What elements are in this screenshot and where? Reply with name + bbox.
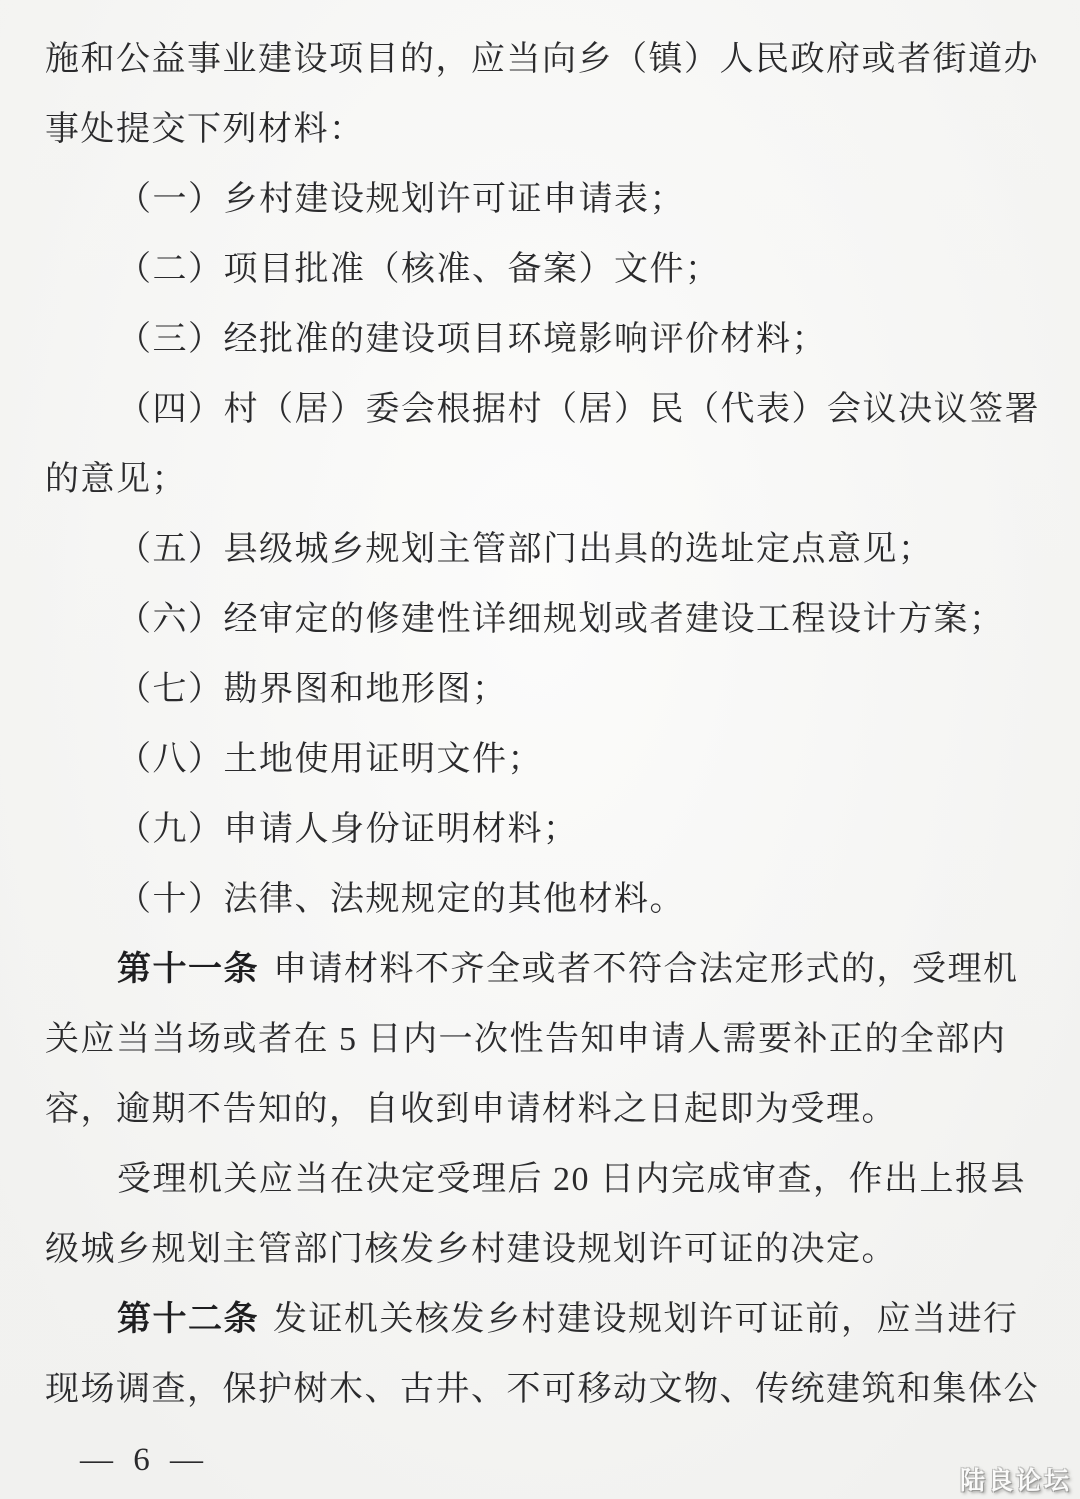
text-line: 关应当当场或者在 5 日内一次性告知申请人需要补正的全部内 [45, 1005, 1035, 1075]
text-line: （九）申请人身份证明材料； [45, 795, 1035, 865]
line-text: 关应当当场或者在 5 日内一次性告知申请人需要补正的全部内 [45, 1021, 1007, 1058]
line-text: 申请材料不齐全或者不符合法定形式的，受理机 [273, 951, 1019, 988]
text-line: （四）村（居）委会根据村（居）民（代表）会议决议签署 [45, 375, 1035, 445]
document-page: 施和公益事业建设项目的，应当向乡（镇）人民政府或者街道办事处提交下列材料：（一）… [0, 0, 1080, 1495]
line-text: 现场调查，保护树木、古井、不可移动文物、传统建筑和集体公 [45, 1371, 1039, 1408]
line-text: 级城乡规划主管部门核发乡村建设规划许可证的决定。 [45, 1231, 897, 1268]
watermark: 陆良论坛 [960, 1461, 1072, 1497]
text-line: （六）经审定的修建性详细规划或者建设工程设计方案； [45, 585, 1035, 655]
text-line: （八）土地使用证明文件； [45, 725, 1035, 795]
text-line: 受理机关应当在决定受理后 20 日内完成审查，作出上报县 [45, 1145, 1035, 1215]
text-line: （三）经批准的建设项目环境影响评价材料； [45, 305, 1035, 375]
line-text: 发证机关核发乡村建设规划许可证前，应当进行 [273, 1301, 1019, 1338]
text-line: 施和公益事业建设项目的，应当向乡（镇）人民政府或者街道办 [45, 25, 1035, 95]
line-text: 容，逾期不告知的，自收到申请材料之日起即为受理。 [45, 1091, 897, 1128]
line-text: （二）项目批准（核准、备案）文件； [117, 251, 721, 288]
text-line: （十）法律、法规规定的其他材料。 [45, 865, 1035, 935]
text-line: （五）县级城乡规划主管部门出具的选址定点意见； [45, 515, 1035, 585]
line-text: （十）法律、法规规定的其他材料。 [117, 881, 685, 918]
line-text: （九）申请人身份证明材料； [117, 811, 579, 848]
text-line: 事处提交下列材料： [45, 95, 1035, 165]
line-text: （四）村（居）委会根据村（居）民（代表）会议决议签署 [117, 391, 1040, 428]
page-number: — 6 — [45, 1425, 1035, 1495]
article-number: 第十一条 [117, 951, 259, 988]
text-line: （二）项目批准（核准、备案）文件； [45, 235, 1035, 305]
line-text: （七）勘界图和地形图； [117, 671, 508, 708]
text-line: （一）乡村建设规划许可证申请表； [45, 165, 1035, 235]
text-line: 现场调查，保护树木、古井、不可移动文物、传统建筑和集体公 [45, 1355, 1035, 1425]
text-line: 的意见； [45, 445, 1035, 515]
text-line: （七）勘界图和地形图； [45, 655, 1035, 725]
line-text: 受理机关应当在决定受理后 20 日内完成审查，作出上报县 [117, 1161, 1026, 1198]
article-number: 第十二条 [117, 1301, 259, 1338]
text-line: 第十二条发证机关核发乡村建设规划许可证前，应当进行 [45, 1285, 1035, 1355]
text-line: 第十一条申请材料不齐全或者不符合法定形式的，受理机 [45, 935, 1035, 1005]
line-text: （三）经批准的建设项目环境影响评价材料； [117, 321, 827, 358]
line-text: （一）乡村建设规划许可证申请表； [117, 181, 685, 218]
text-line: 级城乡规划主管部门核发乡村建设规划许可证的决定。 [45, 1215, 1035, 1285]
line-text: （五）县级城乡规划主管部门出具的选址定点意见； [117, 531, 934, 568]
line-text: （六）经审定的修建性详细规划或者建设工程设计方案； [117, 601, 1005, 638]
line-text: 施和公益事业建设项目的，应当向乡（镇）人民政府或者街道办 [45, 41, 1039, 78]
line-text: 事处提交下列材料： [45, 111, 365, 148]
line-text: （八）土地使用证明文件； [117, 741, 543, 778]
text-line: 容，逾期不告知的，自收到申请材料之日起即为受理。 [45, 1075, 1035, 1145]
text-lines: 施和公益事业建设项目的，应当向乡（镇）人民政府或者街道办事处提交下列材料：（一）… [45, 25, 1035, 1425]
line-text: 的意见； [45, 461, 187, 498]
